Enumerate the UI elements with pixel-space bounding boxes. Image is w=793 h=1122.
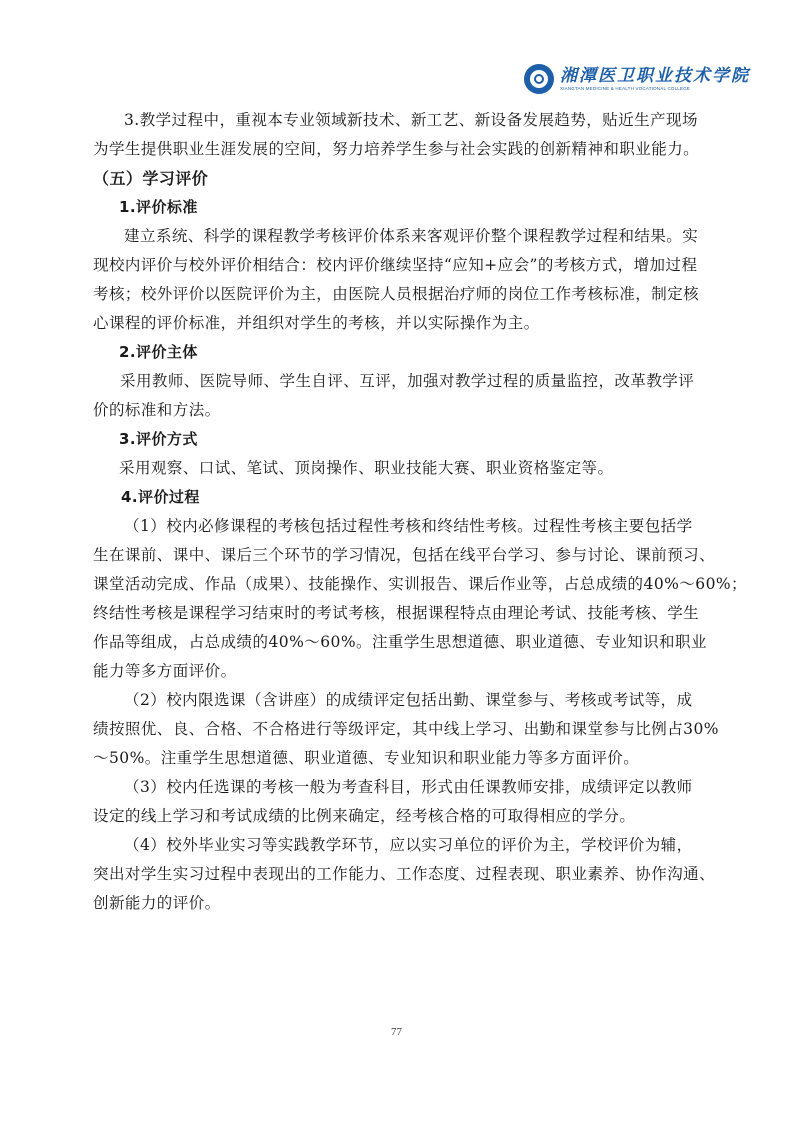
list-item-line: 突出对学生实习过程中表现出的工作能力、工作态度、过程表现、职业素养、协作沟通、 [93,860,713,889]
subsection-heading: 4.评价过程 [93,483,713,512]
list-item-line: （4）校外毕业实习等实践教学环节，应以实习单位的评价为主，学校评价为辅， [93,831,713,860]
list-item-line: 作品等组成，占总成绩的40%～60%。注重学生思想道德、职业道德、专业知识和职业 [93,628,713,657]
logo-text: 湘潭医卫职业技术学院 XIANGTAN MEDICINE & HEALTH VO… [560,67,750,92]
list-item-line: 终结性考核是课程学习结束时的考试考核，根据课程特点由理论考试、技能考核、学生 [93,599,713,628]
subsection-heading: 3.评价方式 [93,425,713,454]
paragraph-line: 考核；校外评价以医院评价为主，由医院人员根据治疗师的岗位工作考核标准，制定核 [93,280,713,309]
logo-english-name: XIANGTAN MEDICINE & HEALTH VOCATIONAL CO… [560,86,750,92]
list-item-line: 设定的线上学习和考试成绩的比例来确定，经考核合格的可取得相应的学分。 [93,802,713,831]
section-heading: （五）学习评价 [93,164,713,193]
logo-chinese-name: 湘潭医卫职业技术学院 [560,67,750,86]
paragraph-line: 3.教学过程中，重视本专业领域新技术、新工艺、新设备发展趋势，贴近生产现场 [93,106,713,135]
list-item-line: 课堂活动完成、作品（成果）、技能操作、实训报告、课后作业等，占总成绩的40%～6… [93,570,713,599]
document-body: 3.教学过程中，重视本专业领域新技术、新工艺、新设备发展趋势，贴近生产现场 为学… [93,106,713,918]
list-item-line: 创新能力的评价。 [93,889,713,918]
page-number: 77 [0,1026,793,1038]
subsection-heading: 1.评价标准 [93,193,713,222]
list-item-line: 能力等多方面评价。 [93,657,713,686]
paragraph-line: 价的标准和方法。 [93,396,713,425]
list-item-line: 生在课前、课中、课后三个环节的学习情况，包括在线平台学习、参与讨论、课前预习、 [93,541,713,570]
college-emblem-icon [524,64,554,94]
paragraph-line: 现校内评价与校外评价相结合：校内评价继续坚持“应知+应会”的考核方式，增加过程 [93,251,713,280]
list-item-line: （1）校内必修课程的考核包括过程性考核和终结性考核。过程性考核主要包括学 [93,512,713,541]
paragraph-line: 为学生提供职业生涯发展的空间，努力培养学生参与社会实践的创新精神和职业能力。 [93,135,713,164]
college-logo: 湘潭医卫职业技术学院 XIANGTAN MEDICINE & HEALTH VO… [524,62,750,96]
paragraph-line: 心课程的评价标准，并组织对学生的考核，并以实际操作为主。 [93,309,713,338]
list-item-line: ～50%。注重学生思想道德、职业道德、专业知识和职业能力等多方面评价。 [93,744,713,773]
paragraph-line: 采用观察、口试、笔试、顶岗操作、职业技能大赛、职业资格鉴定等。 [93,454,713,483]
paragraph-line: 建立系统、科学的课程教学考核评价体系来客观评价整个课程教学过程和结果。实 [93,222,713,251]
list-item-line: （2）校内限选课（含讲座）的成绩评定包括出勤、课堂参与、考核或考试等，成 [93,686,713,715]
list-item-line: 绩按照优、良、合格、不合格进行等级评定，其中线上学习、出勤和课堂参与比例占30% [93,715,713,744]
paragraph-line: 采用教师、医院导师、学生自评、互评，加强对教学过程的质量监控，改革教学评 [93,367,713,396]
list-item-line: （3）校内任选课的考核一般为考查科目，形式由任课教师安排，成绩评定以教师 [93,773,713,802]
subsection-heading: 2.评价主体 [93,338,713,367]
